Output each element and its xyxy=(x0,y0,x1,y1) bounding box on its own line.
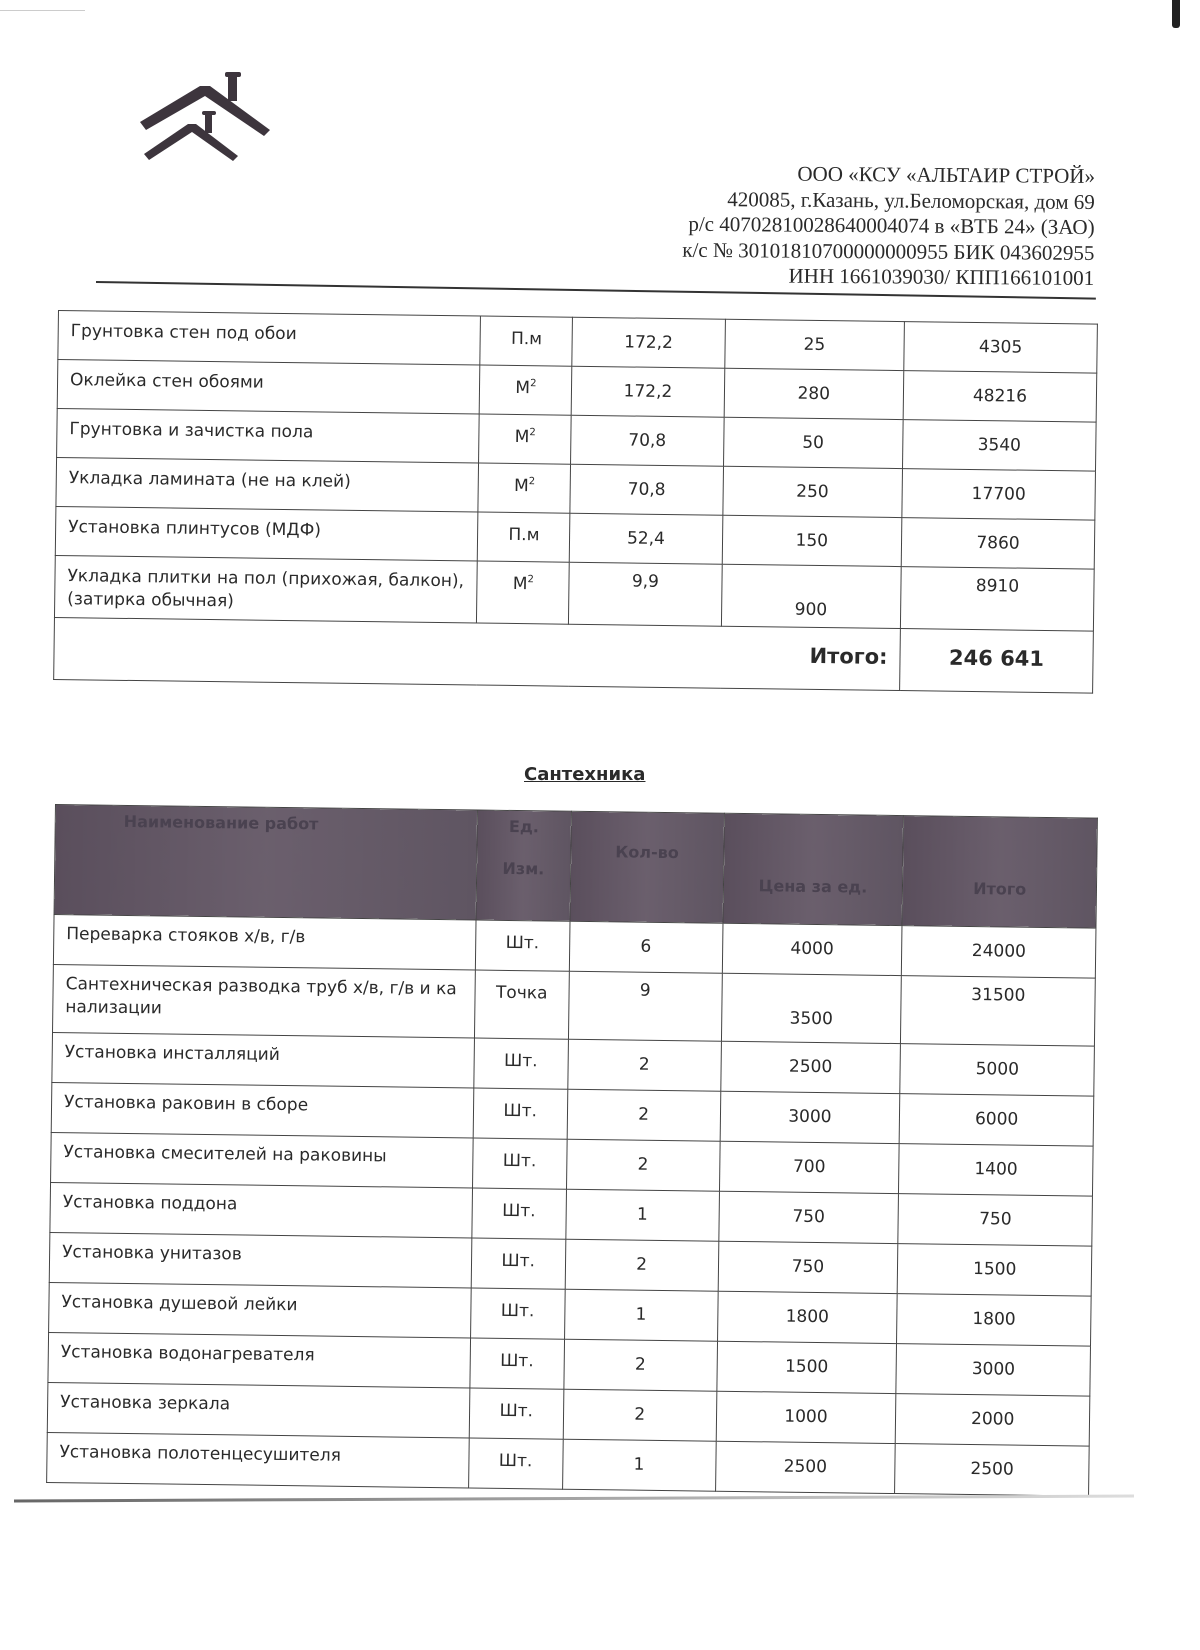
section-title-plumbing: Сантехника xyxy=(524,764,645,785)
scan-bottom-edge xyxy=(14,1495,1134,1503)
unit-superscript: 2 xyxy=(530,378,537,389)
unit: М xyxy=(515,378,530,398)
unit-price: 750 xyxy=(718,1191,899,1243)
total-label: Итого: xyxy=(54,617,901,690)
total-row: Итого: 246 641 xyxy=(54,617,1094,693)
unit-price: 50 xyxy=(723,417,903,468)
unit: Шт. xyxy=(475,920,570,971)
unit: Шт. xyxy=(473,1088,568,1139)
unit: П.м xyxy=(511,329,542,349)
unit-price: 750 xyxy=(718,1241,899,1293)
scan-corner-mark xyxy=(1172,0,1180,28)
unit: Шт. xyxy=(468,1438,563,1489)
unit-cell: М2 xyxy=(477,561,570,624)
line-total: 24000 xyxy=(902,926,1096,979)
unit-price: 1500 xyxy=(716,1341,897,1393)
work-name: Установка унитазов xyxy=(49,1232,471,1288)
quantity: 2 xyxy=(563,1389,716,1441)
unit-cell: П.м xyxy=(480,316,572,366)
quantity: 70,8 xyxy=(571,415,724,466)
quantity: 2 xyxy=(564,1339,717,1391)
header-quantity: Кол-во xyxy=(570,811,724,923)
unit-price: 25 xyxy=(724,319,904,370)
header-total: Итого xyxy=(902,816,1097,929)
unit: Шт. xyxy=(471,1238,566,1289)
company-address: 420085, г.Казань, ул.Беломорская, дом 69 xyxy=(682,186,1094,215)
table-header-row: Наименование работ Ед. Изм. Кол-во Цена … xyxy=(54,805,1097,929)
work-name: Установка инсталляций xyxy=(52,1032,474,1088)
header-work-name: Наименование работ xyxy=(54,805,477,921)
unit-superscript: 2 xyxy=(529,427,536,438)
line-total: 31500 xyxy=(901,976,1095,1047)
header-unit: Ед. Изм. xyxy=(476,810,572,921)
work-name: Установка зеркала xyxy=(47,1382,469,1438)
line-total: 7860 xyxy=(901,518,1095,570)
plumbing-works-table: Наименование работ Ед. Изм. Кол-во Цена … xyxy=(46,804,1098,1497)
quantity: 6 xyxy=(569,921,722,973)
work-name: Установка водонагревателя xyxy=(48,1332,470,1388)
work-name: Установка раковин в сборе xyxy=(51,1082,473,1138)
work-name: Переварка стояков х/в, г/в xyxy=(53,914,475,970)
unit: Шт. xyxy=(472,1138,567,1189)
work-name: Установка поддона xyxy=(50,1182,472,1238)
line-total: 2500 xyxy=(895,1444,1089,1497)
unit-price: 900 xyxy=(721,564,901,628)
unit-price: 2500 xyxy=(715,1441,896,1493)
work-name: Оклейка стен обоями xyxy=(57,360,480,415)
work-name: Укладка плитки на пол (прихожая, балкон)… xyxy=(54,555,477,623)
work-name: Установка полотенцесушителя xyxy=(47,1432,469,1488)
line-total: 3540 xyxy=(902,420,1096,472)
quantity: 2 xyxy=(567,1089,720,1141)
work-name: Установка душевой лейки xyxy=(49,1282,471,1338)
line-total: 17700 xyxy=(902,469,1096,521)
quantity: 1 xyxy=(564,1289,717,1341)
work-name: Сантехническая разводка труб х/в, г/в и … xyxy=(53,964,475,1038)
unit-price: 4000 xyxy=(722,923,903,975)
company-tax-ids: ИНН 1661039030/ КПП166101001 xyxy=(682,263,1094,292)
quantity: 70,8 xyxy=(570,464,723,515)
work-name: Грунтовка стен под обои xyxy=(58,311,481,366)
quantity: 9 xyxy=(568,971,722,1041)
unit-price: 3500 xyxy=(721,973,902,1043)
house-roofs-logo-icon xyxy=(140,72,285,172)
unit: Шт. xyxy=(469,1388,564,1439)
quantity: 52,4 xyxy=(570,513,723,564)
unit-price: 250 xyxy=(722,466,902,517)
work-name: Установка смесителей на раковины xyxy=(51,1132,473,1188)
unit: Шт. xyxy=(470,1338,565,1389)
line-total: 5000 xyxy=(900,1044,1094,1097)
line-total: 1800 xyxy=(897,1294,1091,1347)
unit-cell: М2 xyxy=(479,414,571,464)
company-corr-account: к/с № 30101810700000000955 БИК 043602955 xyxy=(682,237,1094,266)
line-total: 1400 xyxy=(899,1144,1093,1197)
company-name: ООО «КСУ «АЛЬТАИР СТРОЙ» xyxy=(683,161,1095,190)
unit: Шт. xyxy=(470,1288,565,1339)
quantity: 1 xyxy=(566,1189,719,1241)
unit: М xyxy=(514,476,529,496)
quantity: 1 xyxy=(562,1439,715,1491)
scan-edge-line xyxy=(0,10,85,11)
unit-price: 2500 xyxy=(720,1041,901,1093)
line-total: 48216 xyxy=(903,371,1097,423)
unit-superscript: 2 xyxy=(529,476,536,487)
quantity: 172,2 xyxy=(572,317,725,368)
line-total: 3000 xyxy=(896,1344,1090,1397)
company-bank-account: р/с 40702810028640004074 в «ВТБ 24» (ЗАО… xyxy=(682,212,1094,241)
line-total: 750 xyxy=(898,1194,1092,1247)
total-value: 246 641 xyxy=(900,629,1094,694)
line-total: 2000 xyxy=(896,1394,1090,1447)
unit: М xyxy=(513,574,528,594)
unit: Шт. xyxy=(471,1188,566,1239)
unit-cell: М2 xyxy=(478,463,570,513)
unit-price: 3000 xyxy=(720,1091,901,1143)
line-total: 6000 xyxy=(900,1094,1094,1147)
unit: Точка xyxy=(474,970,569,1039)
line-total: 8910 xyxy=(900,567,1094,632)
quantity: 2 xyxy=(568,1039,721,1091)
unit-price: 1800 xyxy=(717,1291,898,1343)
unit: П.м xyxy=(508,525,539,545)
line-total: 4305 xyxy=(904,322,1098,374)
quantity: 2 xyxy=(566,1139,719,1191)
work-name: Грунтовка и зачистка пола xyxy=(57,408,480,463)
unit-superscript: 2 xyxy=(527,574,534,585)
unit-cell: П.м xyxy=(478,512,570,562)
company-requisites: ООО «КСУ «АЛЬТАИР СТРОЙ» 420085, г.Казан… xyxy=(682,161,1095,292)
line-total: 1500 xyxy=(898,1244,1092,1297)
unit: Шт. xyxy=(473,1038,568,1089)
quantity: 172,2 xyxy=(571,366,724,417)
header-unit-price: Цена за ед. xyxy=(722,813,903,925)
unit: М xyxy=(515,427,530,447)
unit-cell: М2 xyxy=(480,365,572,415)
unit-price: 1000 xyxy=(716,1391,897,1443)
finishing-works-table: Грунтовка стен под обоиП.м172,2254305Окл… xyxy=(53,310,1098,694)
work-name: Установка плинтусов (МДФ) xyxy=(55,506,478,561)
unit-price: 150 xyxy=(722,515,902,566)
quantity: 9,9 xyxy=(569,562,722,626)
unit-price: 280 xyxy=(724,368,904,419)
work-name: Укладка ламината (не на клей) xyxy=(56,457,479,512)
unit-price: 700 xyxy=(719,1141,900,1193)
quantity: 2 xyxy=(565,1239,718,1291)
